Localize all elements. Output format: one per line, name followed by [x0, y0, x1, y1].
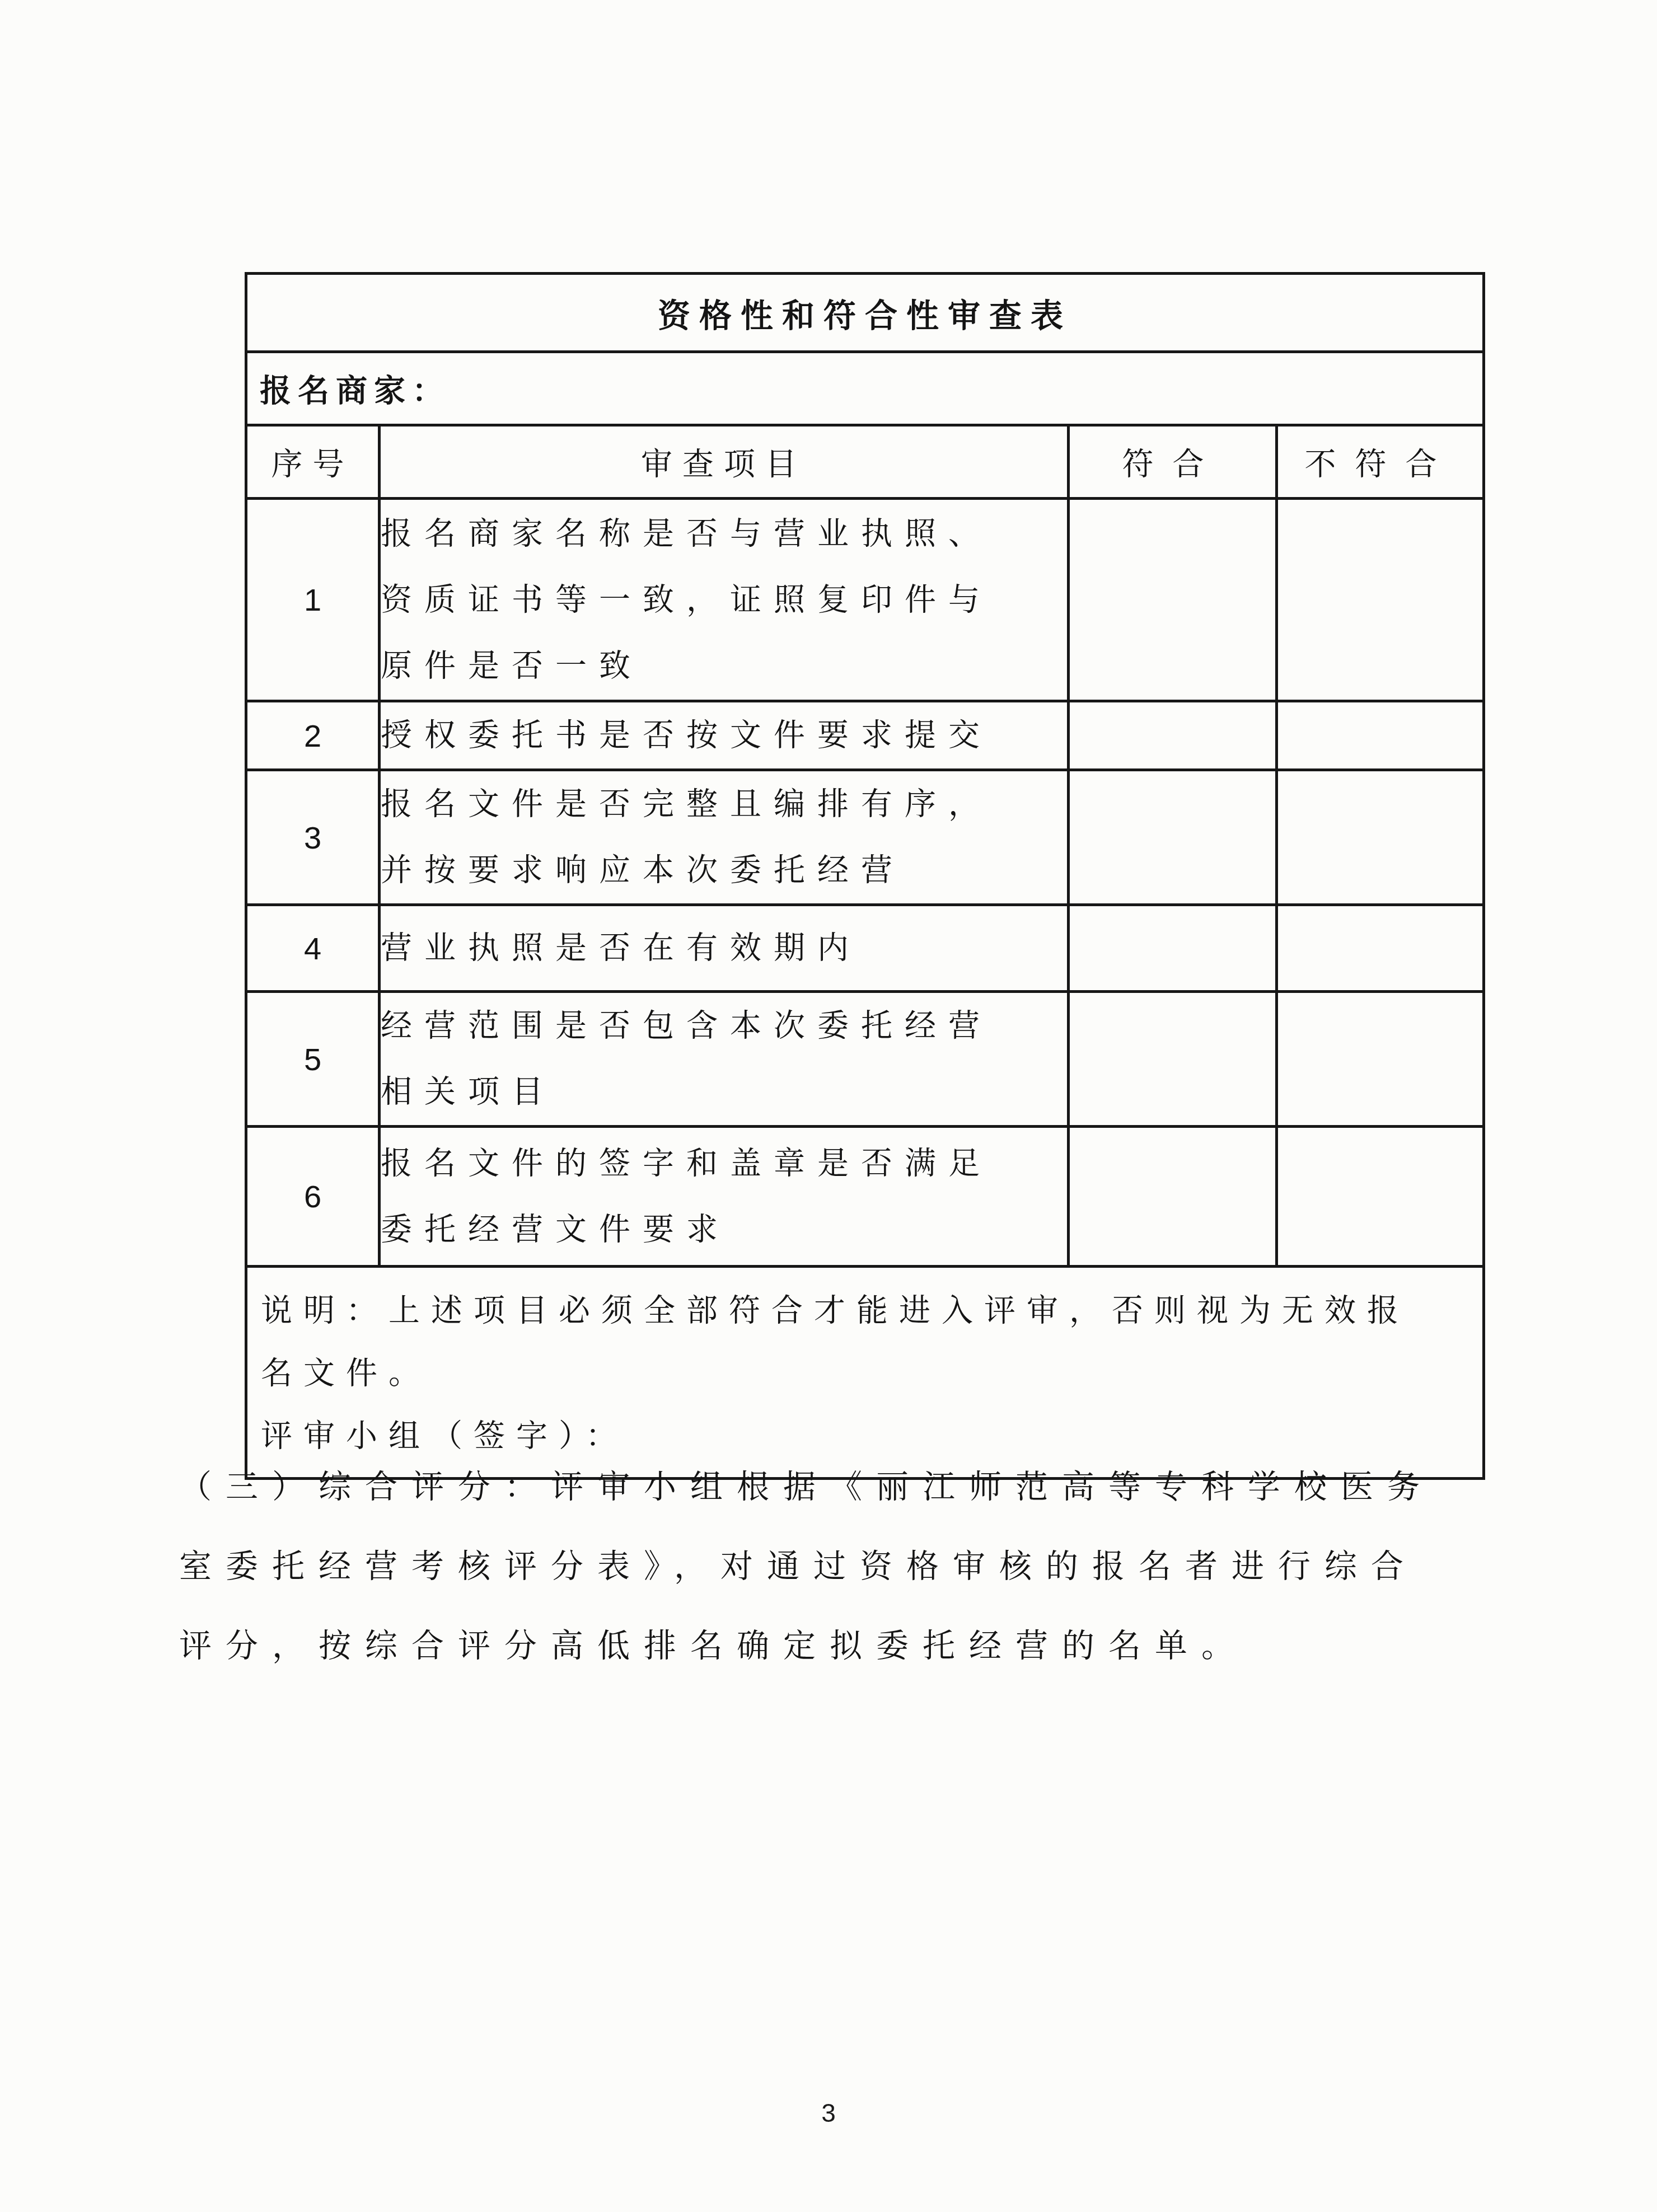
fail-cell — [1277, 770, 1484, 905]
item-line: 相关项目 — [381, 1059, 1067, 1125]
item-line: 并按要求响应本次委托经营 — [381, 837, 1067, 903]
page-number: 3 — [0, 2098, 1657, 2128]
row-item-text: 报名商家名称是否与营业执照、 资质证书等一致，证照复印件与 原件是否一致 — [380, 499, 1069, 701]
document-page: 资格性和符合性审查表 报名商家： 序号 审查项目 符合 不符合 1 报名商家名称… — [0, 0, 1657, 2212]
note-cell: 说明：上述项目必须全部符合才能进入评审，否则视为无效报 名文件。 评审小组（签字… — [246, 1267, 1484, 1479]
table-row: 4 营业执照是否在有效期内 — [246, 905, 1484, 992]
row-index: 4 — [246, 905, 380, 992]
row-index: 5 — [246, 992, 380, 1127]
item-line: 经营范围是否包含本次委托经营 — [381, 993, 1067, 1059]
qualification-review-table: 资格性和符合性审查表 报名商家： 序号 审查项目 符合 不符合 1 报名商家名称… — [245, 272, 1485, 1480]
row-index: 6 — [246, 1127, 380, 1267]
header-item: 审查项目 — [380, 425, 1069, 499]
row-item-text: 授权委托书是否按文件要求提交 — [380, 701, 1069, 770]
table-header-row: 序号 审查项目 符合 不符合 — [246, 425, 1484, 499]
item-line: 资质证书等一致，证照复印件与 — [381, 567, 1067, 633]
note-row: 说明：上述项目必须全部符合才能进入评审，否则视为无效报 名文件。 评审小组（签字… — [246, 1267, 1484, 1479]
table-title: 资格性和符合性审查表 — [246, 274, 1484, 352]
applicant-row: 报名商家： — [246, 352, 1484, 425]
item-line: 报名文件的签字和盖章是否满足 — [381, 1131, 1067, 1197]
item-line: 原件是否一致 — [381, 633, 1067, 699]
item-line: 报名文件是否完整且编排有序， — [381, 771, 1067, 837]
note-line: 说明：上述项目必须全部符合才能进入评审，否则视为无效报 — [261, 1280, 1471, 1342]
applicant-label: 报名商家： — [246, 352, 1484, 425]
row-index: 3 — [246, 770, 380, 905]
fail-cell — [1277, 992, 1484, 1127]
table-row: 2 授权委托书是否按文件要求提交 — [246, 701, 1484, 770]
table-row: 1 报名商家名称是否与营业执照、 资质证书等一致，证照复印件与 原件是否一致 — [246, 499, 1484, 701]
paragraph-line: （三）综合评分：评审小组根据《丽江师范高等专科学校医务 — [179, 1447, 1523, 1527]
pass-cell — [1069, 905, 1277, 992]
item-line: 委托经营文件要求 — [381, 1197, 1067, 1263]
table-row: 6 报名文件的签字和盖章是否满足 委托经营文件要求 — [246, 1127, 1484, 1267]
pass-cell — [1069, 992, 1277, 1127]
paragraph-line: 评分，按综合评分高低排名确定拟委托经营的名单。 — [179, 1606, 1523, 1686]
pass-cell — [1069, 701, 1277, 770]
table-row: 3 报名文件是否完整且编排有序， 并按要求响应本次委托经营 — [246, 770, 1484, 905]
item-line: 授权委托书是否按文件要求提交 — [381, 702, 1067, 768]
row-item-text: 报名文件是否完整且编排有序， 并按要求响应本次委托经营 — [380, 770, 1069, 905]
fail-cell — [1277, 1127, 1484, 1267]
item-line: 营业执照是否在有效期内 — [381, 915, 1067, 981]
pass-cell — [1069, 499, 1277, 701]
fail-cell — [1277, 905, 1484, 992]
fail-cell — [1277, 701, 1484, 770]
pass-cell — [1069, 770, 1277, 905]
note-line: 名文件。 — [261, 1342, 1471, 1405]
header-pass: 符合 — [1069, 425, 1277, 499]
body-paragraph: （三）综合评分：评审小组根据《丽江师范高等专科学校医务 室委托经营考核评分表》，… — [179, 1447, 1523, 1686]
row-item-text: 经营范围是否包含本次委托经营 相关项目 — [380, 992, 1069, 1127]
fail-cell — [1277, 499, 1484, 701]
header-index: 序号 — [246, 425, 380, 499]
item-line: 报名商家名称是否与营业执照、 — [381, 501, 1067, 567]
row-item-text: 营业执照是否在有效期内 — [380, 905, 1069, 992]
row-index: 2 — [246, 701, 380, 770]
pass-cell — [1069, 1127, 1277, 1267]
paragraph-line: 室委托经营考核评分表》，对通过资格审核的报名者进行综合 — [179, 1527, 1523, 1606]
table-row: 5 经营范围是否包含本次委托经营 相关项目 — [246, 992, 1484, 1127]
header-fail: 不符合 — [1277, 425, 1484, 499]
row-item-text: 报名文件的签字和盖章是否满足 委托经营文件要求 — [380, 1127, 1069, 1267]
table-title-row: 资格性和符合性审查表 — [246, 274, 1484, 352]
row-index: 1 — [246, 499, 380, 701]
